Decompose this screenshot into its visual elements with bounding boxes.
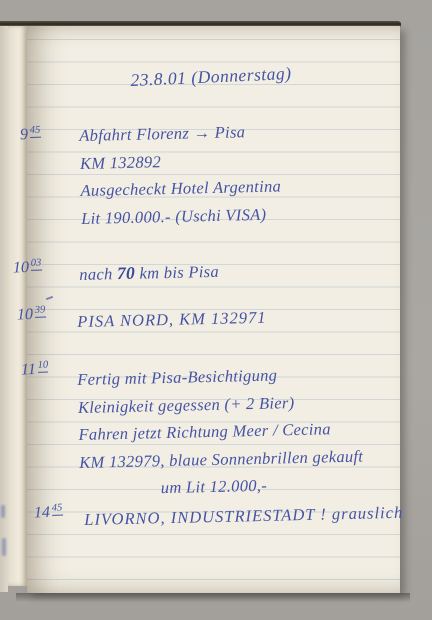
entry-time-minutes: 03 [31,258,42,271]
ink-mark [46,296,53,300]
diary-page: 23.8.01 (Donnerstag) 945 Abfahrt Florenz… [27,26,400,593]
entry-line: LIVORNO, INDUSTRIESTADT ! grauslich [84,499,404,534]
notebook-photo: 23.8.01 (Donnerstag) 945 Abfahrt Florenz… [0,0,432,620]
entry-time-minutes: 45 [30,125,41,138]
entry-time: 1039 [17,306,46,325]
entry-line-segment-bold: 70 [117,263,136,283]
ink-bleed-mark [1,505,5,518]
page-stack-edge [0,26,8,592]
ink-bleed-mark [2,538,6,556]
entry-time: 1110 [21,361,49,380]
date-header: 23.8.01 (Donnerstag) [130,63,292,91]
entry-time: 945 [20,126,41,145]
entry-line: PISA NORD, KM 132971 [77,304,267,336]
diary-entry: LIVORNO, INDUSTRIESTADT ! grauslich [84,499,404,534]
entry-line-segment: km bis Pisa [135,262,219,283]
entry-time: 1445 [34,504,63,523]
diary-entry: Abfahrt Florenz → Pisa KM 132892 Ausgech… [79,117,282,232]
page-bottom-shadow [16,593,410,602]
entry-time-hour: 9 [20,126,29,143]
entry-line: um Lit 12.000,- [160,470,364,502]
entry-time-minutes: 10 [37,360,48,373]
entry-time-hour: 10 [17,306,34,324]
diary-entry: nach 70 km bis Pisa [79,258,219,289]
entry-line: Lit 190.000.- (Uschi VISA) [81,200,282,232]
diary-entry: Fertig mit Pisa-Besichtigung Kleinigkeit… [77,360,364,504]
entry-time-minutes: 45 [52,503,63,516]
entry-time-hour: 10 [13,259,30,277]
entry-line: Ausgecheckt Hotel Argentina [80,172,281,204]
entry-line-segment: nach [79,264,117,284]
entry-time-hour: 11 [21,361,36,379]
entry-time: 1003 [13,259,42,278]
entry-time-hour: 14 [34,504,51,522]
entry-line: nach 70 km bis Pisa [79,258,219,289]
diary-entry: PISA NORD, KM 132971 [77,304,267,336]
entry-time-minutes: 39 [35,305,46,318]
